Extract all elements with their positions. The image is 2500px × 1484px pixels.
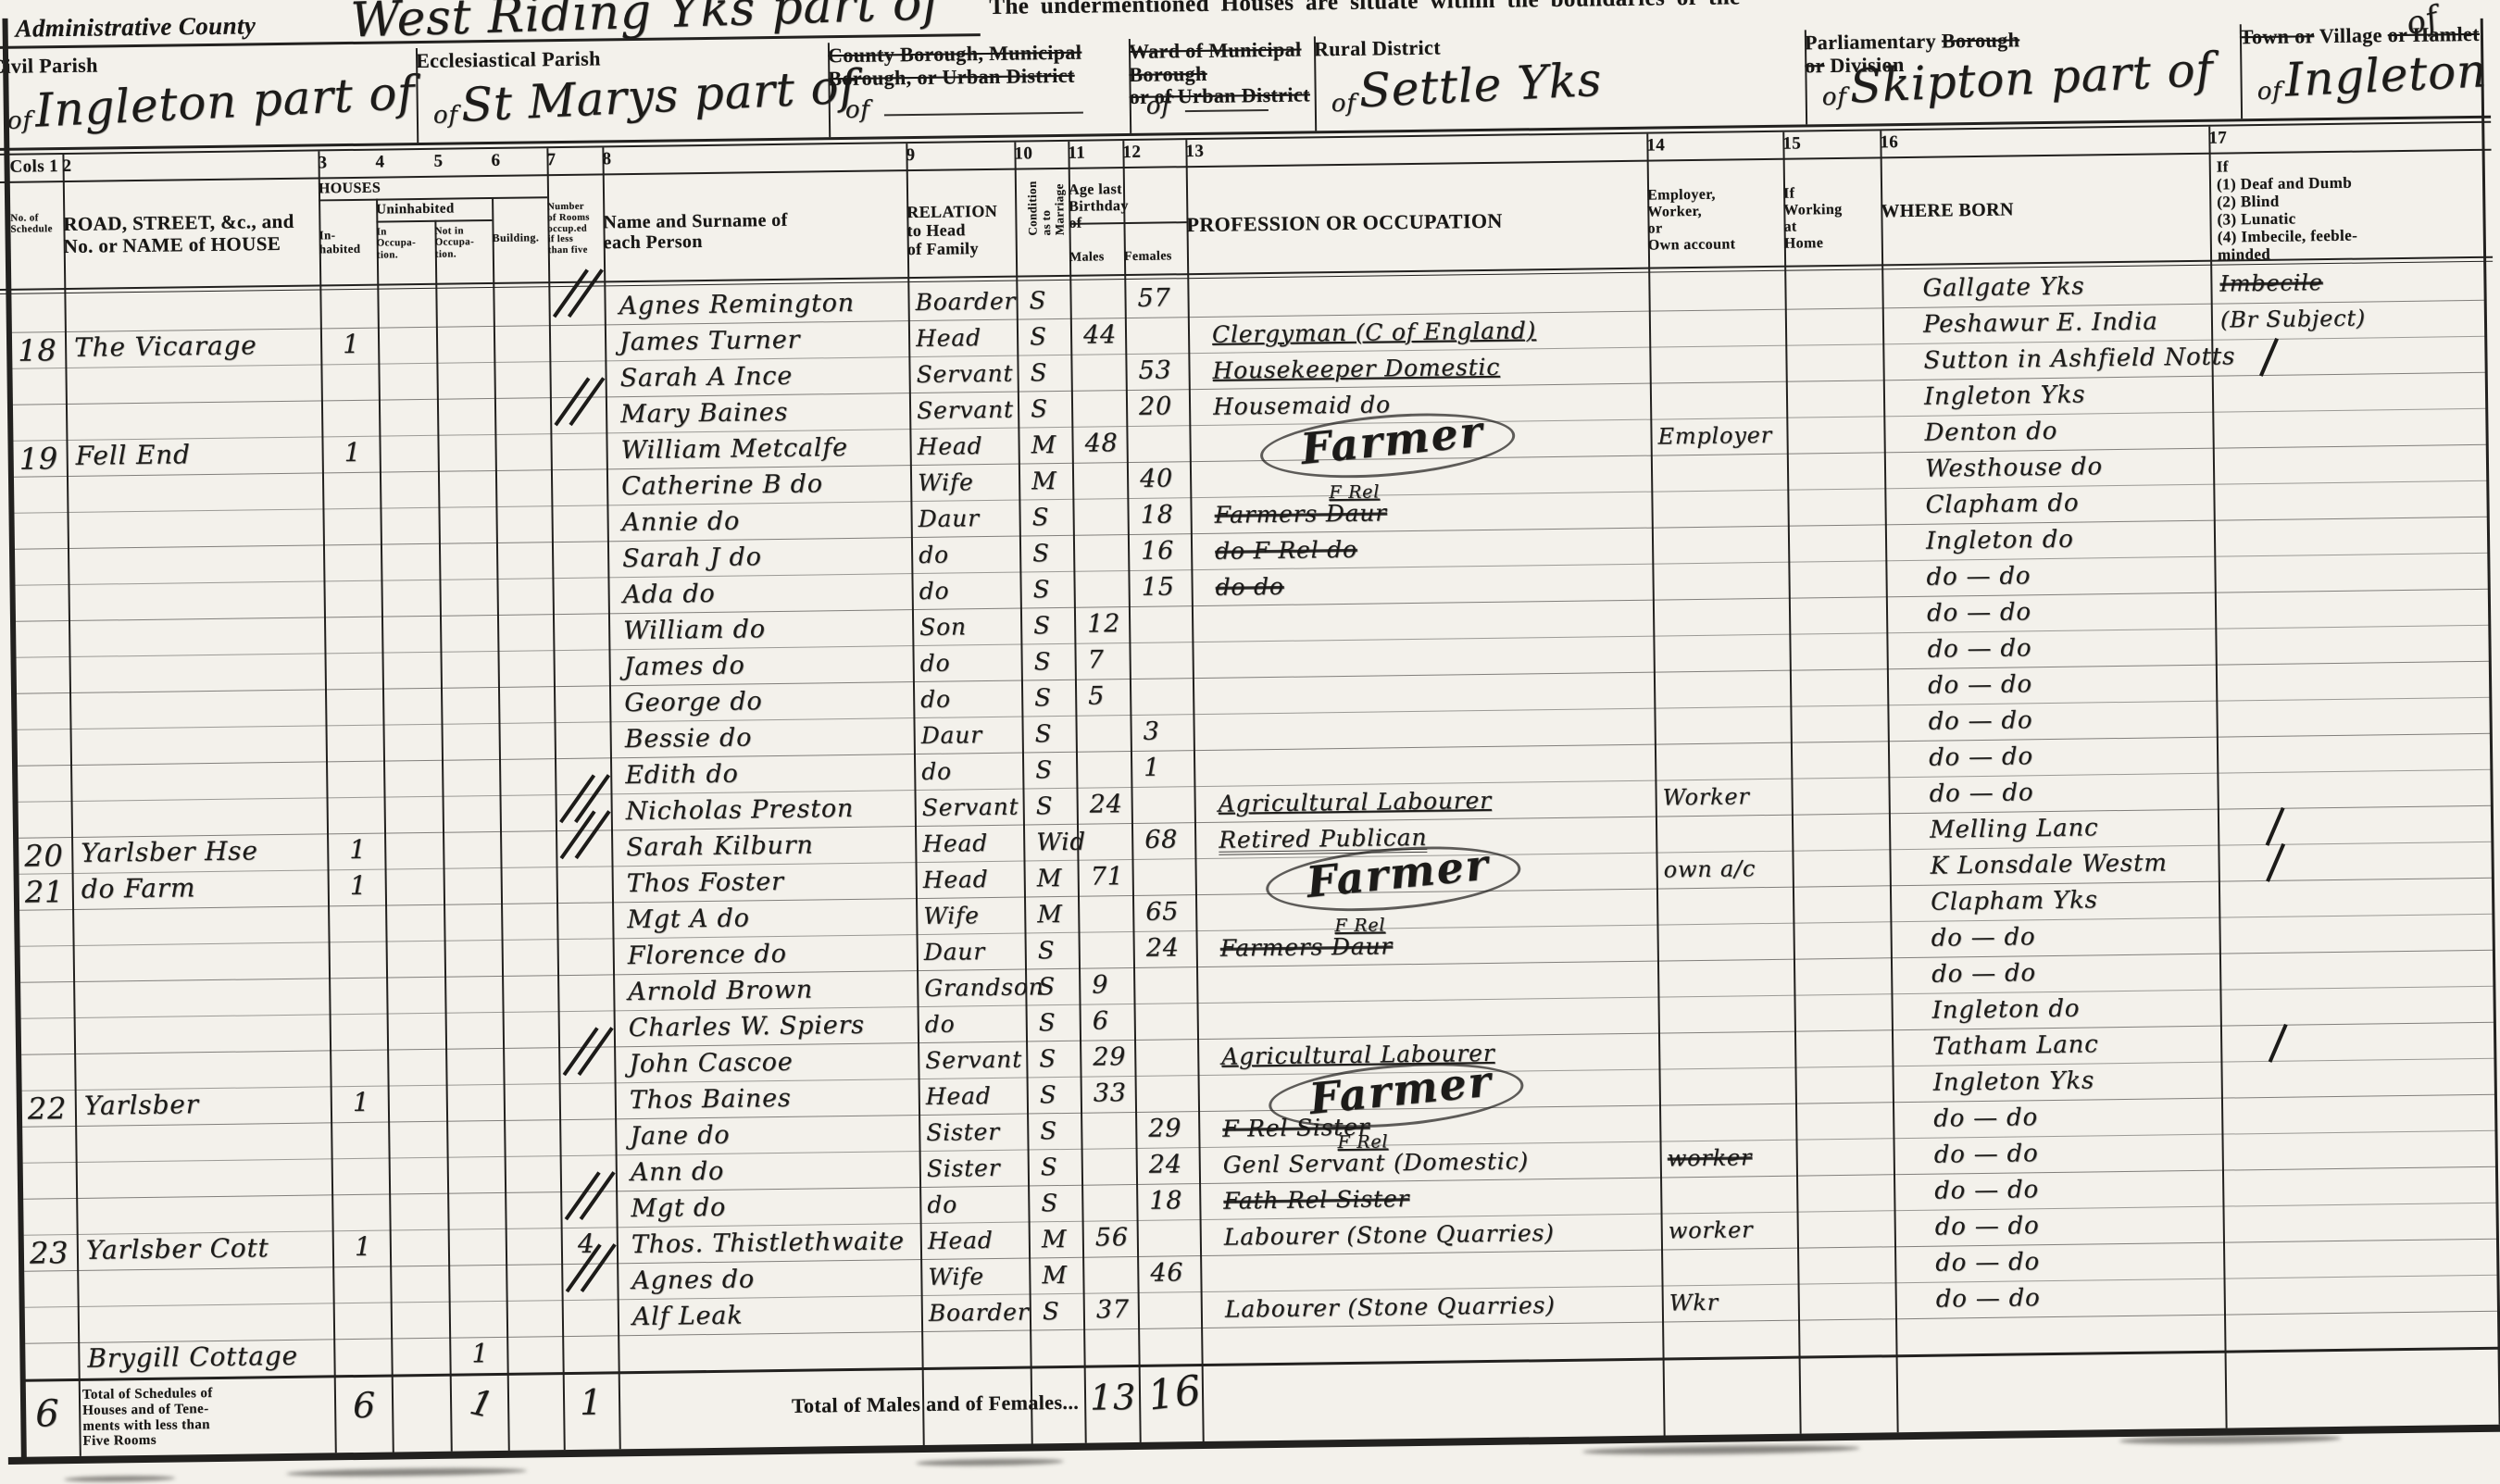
scan-smudge (1582, 1444, 1860, 1456)
row-14-relation: do (921, 760, 952, 783)
row-5-employer: Employer (1657, 424, 1772, 448)
row-27-inhabited: 1 (355, 1234, 372, 1260)
row-28-household-mark (574, 1239, 616, 1299)
col-number-5: 5 (433, 151, 491, 171)
field-label-part: Town or (2240, 24, 2315, 48)
row-5-relation: Head (917, 434, 982, 458)
field-blank-county-borough (884, 86, 1083, 117)
row-7-relation: Daur (918, 506, 980, 530)
row-13-relation: Daur (921, 723, 983, 747)
row-14-condition: S (1035, 758, 1053, 782)
grid-rule-vertical (1880, 131, 1898, 1432)
row-19-where-born: do — do (1931, 925, 2035, 950)
row-4-name: Mary Baines (620, 400, 788, 427)
scan-smudge (286, 1467, 527, 1478)
col-header-houses-group: HOUSES (319, 178, 547, 197)
col-header-condition: Condition as to Marriage (1026, 181, 1067, 236)
col-number-11: 11 (1068, 143, 1122, 163)
row-22-clerk-tick (2269, 1024, 2288, 1063)
row-20-name: Arnold Brown (628, 978, 813, 1005)
row-19-condition: S (1038, 939, 1056, 963)
row-26-name: Mgt do (631, 1195, 726, 1221)
row-11-relation: do (920, 652, 951, 675)
field-value-civil-parish: Ingleton part of (34, 69, 417, 134)
field-label-part: Civil Parish (0, 54, 98, 79)
total-males: 13 (1090, 1379, 1136, 1415)
row-27-condition: M (1042, 1228, 1068, 1252)
col-header-schedule: No. of Schedule (10, 212, 63, 235)
row-28-name: Agnes do (631, 1266, 755, 1293)
row-20-age-male: 9 (1092, 972, 1108, 997)
row-18-where-born: Clapham Yks (1931, 888, 2098, 914)
row-23-schedule: 22 (28, 1093, 68, 1124)
row-27-relation: Head (928, 1228, 994, 1253)
row-28-condition: M (1042, 1264, 1068, 1288)
field-value-ecclesiastical-parish: St Marys part of (460, 63, 858, 128)
field-of-civil-parish: of (7, 108, 32, 132)
row-2-where-born: Peshawur E. India (1923, 309, 2158, 336)
row-27-schedule: 23 (30, 1238, 69, 1268)
row-4-occupation: Housemaid do (1213, 393, 1391, 418)
grid-rule-horizontal (8, 1425, 2500, 1465)
row-23-name: Thos Baines (630, 1086, 792, 1113)
grid-rule-horizontal (319, 196, 547, 201)
field-label-part: Rural District (1314, 36, 1441, 61)
row-17-schedule: 21 (25, 877, 65, 907)
row-9-age-female: 15 (1141, 574, 1174, 599)
row-29-age-male: 37 (1096, 1297, 1130, 1322)
row-21-where-born: Ingleton do (1932, 997, 2081, 1023)
grid-rule-vertical (546, 148, 565, 1450)
row-24-where-born: do — do (1933, 1105, 2038, 1130)
row-12-age-male: 5 (1088, 683, 1105, 708)
row-10-relation: Son (919, 615, 967, 639)
row-8-occupation: do F Rel do (1215, 538, 1357, 563)
row-13-where-born: do — do (1928, 708, 2032, 733)
row-19-name: Florence do (628, 942, 787, 968)
row-10-name: William do (623, 617, 766, 643)
row-22-age-male: 29 (1093, 1044, 1126, 1069)
row-3-clerk-tick (2259, 338, 2279, 377)
col-number-2: 2 (62, 153, 318, 176)
row-19-occupation-note: F Rel (1334, 917, 1385, 935)
col-number-7: 7 (546, 149, 602, 169)
row-7-age-female: 18 (1140, 502, 1173, 527)
row-17-name: Thos Foster (627, 869, 784, 896)
col-header-infirmity: If (1) Deaf and Dumb (2) Blind (3) Lunat… (2217, 155, 2483, 264)
row-28-age-female: 46 (1150, 1260, 1183, 1285)
row-4-condition: S (1031, 397, 1048, 421)
row-9-condition: S (1032, 578, 1050, 602)
col-number-10: 10 (1014, 143, 1068, 164)
row-16-house: Yarlsber Hse (81, 838, 258, 867)
row-30-not-in-occupation: 1 (471, 1341, 489, 1366)
row-16-where-born: Melling Lanc (1930, 816, 2099, 842)
col-header-name: Name and Surname of each Person (603, 208, 907, 254)
field-label-part: Borough (1942, 28, 2020, 52)
row-22-household-mark (571, 1022, 613, 1082)
row-11-where-born: do — do (1927, 636, 2031, 661)
col-header-in-occupation: In Occupa- tion. (376, 226, 434, 261)
row-7-occupation-note: F Rel (1329, 483, 1380, 502)
row-5-name: William Metcalfe (620, 435, 848, 463)
row-13-name: Bessie do (625, 725, 753, 752)
col-header-building: Building. (493, 231, 548, 244)
row-5-condition: M (1031, 433, 1056, 457)
row-20-condition: S (1038, 975, 1056, 999)
row-16-relation: Head (922, 831, 988, 855)
grid-rule-vertical (492, 197, 510, 1451)
row-13-condition: S (1035, 722, 1053, 746)
row-1-relation: Boarder (915, 290, 1016, 314)
row-7-name: Annie do (621, 509, 740, 536)
grid-rule-horizontal (24, 1347, 2500, 1382)
field-label-part: Ward of Municipal Borough (1129, 38, 1302, 86)
total-rooms: 1 (580, 1385, 603, 1420)
row-3-occupation: Housekeeper Domestic (1212, 355, 1500, 382)
row-2-age-male: 44 (1083, 322, 1117, 347)
row-17-relation: Head (923, 867, 989, 892)
row-7-occupation: Farmers Daur (1214, 501, 1387, 526)
row-16-name: Sarah Kilburn (626, 833, 814, 861)
col-header-age-group: Age last Birthday of (1069, 181, 1187, 231)
row-23-relation: Head (926, 1084, 992, 1108)
row-17-house: do Farm (81, 875, 196, 903)
row-17-employer: own a/c (1664, 857, 1756, 880)
row-2-house: The Vicarage (74, 332, 257, 361)
row-14-name: Edith do (625, 762, 739, 789)
row-25-condition: S (1041, 1155, 1058, 1179)
field-of-rural-district: of (1331, 92, 1356, 116)
total-males-females-label: Total of Males and of Females... (619, 1391, 1079, 1420)
sheet-title: The undermentioned Houses are situate wi… (989, 0, 2007, 20)
census-scan-page: Administrative County West Riding Yks pa… (0, 0, 2500, 1484)
field-value-rural-district: Settle Yks (1358, 56, 1604, 115)
row-1-infirmity: Imbecile (2219, 271, 2323, 294)
col-number-17: 17 (2208, 125, 2483, 148)
row-2-name: James Turner (619, 328, 800, 355)
col-number-3: 3 (318, 153, 375, 173)
col-header-at-home: If Working at Home (1783, 184, 1881, 252)
row-27-age-male: 56 (1095, 1225, 1129, 1250)
row-11-condition: S (1034, 650, 1052, 674)
total-inhabited: 6 (353, 1388, 376, 1423)
field-blank-ward (1185, 83, 1269, 112)
row-26-household-mark (573, 1166, 615, 1227)
row-22-condition: S (1039, 1047, 1056, 1071)
row-17-clerk-tick (2266, 843, 2285, 882)
field-of-parliamentary-division: of (1822, 85, 1847, 109)
row-15-occupation: Agricultural Labourer (1219, 789, 1493, 816)
row-18-relation: Wife (923, 904, 980, 928)
col-header-where-born: WHERE BORN (1881, 197, 2209, 222)
col-header-relation: RELATION to Head of Family (906, 202, 1016, 259)
row-26-condition: S (1041, 1191, 1058, 1216)
row-10-age-male: 12 (1087, 611, 1120, 636)
row-9-name: Ada do (623, 581, 716, 607)
grid-rule-vertical (1782, 132, 1801, 1434)
row-21-age-male: 6 (1093, 1008, 1109, 1033)
row-20-relation: Grandson (924, 975, 1044, 1000)
row-22-name: John Cascoe (629, 1050, 794, 1077)
col-number-14: 14 (1646, 134, 1782, 156)
row-18-condition: M (1037, 903, 1063, 927)
row-13-age-female: 3 (1143, 719, 1159, 744)
row-15-where-born: do — do (1929, 780, 2033, 805)
row-4-where-born: Ingleton Yks (1924, 382, 2086, 408)
row-29-occupation: Labourer (Stone Quarries) (1225, 1293, 1556, 1321)
scan-smudge (916, 1458, 1064, 1466)
row-2-occupation: Clergyman (C of England) (1212, 318, 1536, 346)
grid-rule-vertical (376, 199, 394, 1453)
row-rule (19, 878, 2494, 911)
row-21-condition: S (1039, 1011, 1056, 1035)
row-20-where-born: do — do (1931, 961, 2036, 986)
row-16-age-female: 68 (1144, 827, 1178, 852)
field-label-part: Village (2314, 23, 2388, 47)
row-8-name: Sarah J do (622, 544, 762, 571)
row-27-employer: worker (1669, 1218, 1754, 1241)
row-29-where-born: do — do (1936, 1286, 2041, 1311)
row-28-relation: Wife (928, 1265, 984, 1289)
col-header-males: Males (1069, 250, 1124, 265)
row-4-household-mark (563, 372, 605, 432)
row-17-age-male: 71 (1091, 864, 1124, 889)
row-27-house: Yarlsber Cott (86, 1235, 269, 1264)
col-header-not-in-occupation: Not in Occupa- tion. (434, 225, 492, 260)
row-5-age-male: 48 (1084, 430, 1118, 455)
row-29-employer: Wkr (1669, 1291, 1719, 1315)
row-3-condition: S (1030, 361, 1047, 385)
row-1-name: Agnes Remington (619, 291, 855, 318)
row-29-relation: Boarder (929, 1300, 1030, 1324)
row-16-schedule: 20 (24, 841, 64, 871)
row-rule (21, 986, 2495, 1019)
col-header-profession: PROFESSION OR OCCUPATION (1186, 208, 1647, 237)
row-16-household-mark (569, 805, 610, 866)
row-2-schedule: 18 (18, 335, 57, 366)
row-16-inhabited: 1 (349, 837, 367, 863)
row-2-condition: S (1030, 325, 1047, 349)
row-6-where-born: Westhouse do (1925, 455, 2103, 481)
scan-smudge (64, 1476, 175, 1483)
row-15-relation: Servant (922, 795, 1019, 819)
row-6-condition: M (1031, 469, 1057, 493)
row-5-where-born: Denton do (1924, 419, 2057, 445)
row-9-occupation: do do (1215, 575, 1283, 599)
row-7-where-born: Clapham do (1925, 492, 2079, 518)
col-header-rooms: Number of Rooms occup.ed if less than fi… (547, 201, 604, 256)
total-not-in-occupation: 1 (467, 1384, 497, 1424)
row-17-where-born: K Lonsdale Westm (1930, 851, 2167, 878)
grid-rule-vertical (318, 151, 336, 1453)
row-18-age-female: 65 (1145, 899, 1179, 924)
field-of-county-borough: of (845, 98, 870, 122)
row-19-occupation: Farmers Daur (1220, 934, 1394, 959)
row-1-condition: S (1029, 289, 1046, 313)
field-super-of-town-village-hamlet: of (2403, 2, 2442, 41)
col-number-16: 16 (1880, 129, 2208, 153)
field-label-county-borough: County Borough, MunicipalBorough, or Urb… (828, 41, 1130, 90)
field-of-ecclesiastical-parish: of (433, 103, 458, 127)
row-29-condition: S (1043, 1300, 1060, 1324)
row-9-relation: do (919, 580, 949, 603)
row-8-condition: S (1032, 542, 1050, 566)
row-8-where-born: Ingleton do (1926, 528, 2074, 554)
row-23-condition: S (1040, 1083, 1057, 1107)
field-label-part: Parliamentary (1805, 29, 1942, 54)
row-1-age-female: 57 (1137, 285, 1170, 310)
field-label-part: Ecclesiastical Parish (416, 46, 601, 72)
row-rule (18, 697, 2492, 730)
row-23-where-born: Ingleton Yks (1933, 1068, 2095, 1094)
row-6-age-female: 40 (1140, 466, 1173, 491)
row-3-relation: Servant (916, 362, 1013, 386)
row-26-relation: do (927, 1193, 957, 1216)
col-number-13: 13 (1185, 136, 1646, 162)
row-12-condition: S (1034, 686, 1052, 710)
row-rule (17, 661, 2491, 694)
row-1-household-mark (561, 264, 603, 324)
field-label-part: or (1805, 54, 1824, 77)
row-11-age-male: 7 (1087, 647, 1104, 672)
row-22-where-born: Tatham Lanc (1932, 1032, 2099, 1058)
col-number-1: Cols 1 (9, 156, 62, 177)
row-25-age-female: 24 (1149, 1152, 1182, 1177)
row-24-relation: Sister (926, 1120, 1000, 1144)
col-number-9: 9 (906, 144, 1014, 166)
row-21-relation: do (925, 1013, 956, 1036)
row-1-where-born: Gallgate Yks (1922, 274, 2084, 300)
row-3-where-born: Sutton in Ashfield Notts (1923, 344, 2235, 372)
field-of-town-village-hamlet: of (2257, 80, 2282, 104)
row-17-condition: M (1037, 867, 1063, 891)
total-houses-label: Total of Schedules of Houses and of Tene… (82, 1384, 339, 1450)
row-14-age-female: 1 (1144, 755, 1160, 780)
admin-county-label: Administrative County (15, 11, 256, 43)
row-12-name: George do (624, 689, 763, 716)
total-schedules: 6 (35, 1395, 60, 1432)
total-females: 16 (1146, 1370, 1204, 1416)
col-number-15: 15 (1782, 132, 1880, 154)
row-rule (17, 625, 2491, 658)
field-of-ward: of (1146, 94, 1171, 118)
row-28-where-born: do — do (1935, 1250, 2040, 1275)
row-25-occupation-note: F Rel (1337, 1133, 1388, 1152)
row-7-condition: S (1031, 505, 1049, 530)
row-5-house: Fell End (75, 442, 190, 469)
row-17-inhabited: 1 (350, 873, 368, 899)
row-15-name: Nicholas Preston (626, 796, 855, 824)
row-15-condition: S (1036, 794, 1054, 818)
row-26-age-female: 18 (1149, 1188, 1182, 1213)
row-27-where-born: do — do (1935, 1214, 2040, 1239)
row-5-schedule: 19 (19, 443, 59, 474)
row-30-house: Brygill Cottage (87, 1343, 298, 1372)
row-25-employer: worker (1668, 1146, 1753, 1169)
row-10-where-born: do — do (1927, 600, 2031, 625)
row-23-inhabited: 1 (353, 1090, 370, 1116)
field-value-town-village-hamlet: Ingleton part (2283, 42, 2500, 103)
row-14-where-born: do — do (1929, 744, 2033, 769)
row-25-occupation: Genl Servant (Domestic) (1223, 1149, 1529, 1176)
right-border (2481, 19, 2500, 1425)
row-21-name: Charles W. Spiers (629, 1013, 865, 1041)
row-16-condition: Wid (1036, 830, 1086, 855)
row-2-inhabited: 1 (343, 331, 360, 357)
row-rule (18, 733, 2492, 767)
row-8-relation: do (919, 543, 949, 567)
col-header-road: ROAD, STREET, &c., and No. or NAME of HO… (63, 210, 319, 257)
row-12-relation: do (920, 688, 951, 711)
col-number-6: 6 (491, 150, 546, 170)
row-25-where-born: do — do (1934, 1141, 2039, 1166)
row-6-name: Catherine B do (621, 471, 823, 499)
col-number-8: 8 (602, 145, 906, 169)
row-8-age-female: 16 (1141, 538, 1174, 563)
row-19-relation: Daur (924, 940, 986, 964)
row-22-relation: Servant (925, 1048, 1022, 1072)
col-header-inhabited: In- habited (319, 229, 376, 256)
col-header-employer: Employer, Worker, or Own account (1647, 186, 1784, 255)
row-4-relation: Servant (917, 398, 1014, 422)
row-16-clerk-tick (2266, 807, 2285, 846)
row-2-infirmity: (Br Subject) (2220, 307, 2366, 331)
grid-rule-horizontal (0, 261, 2493, 294)
row-18-name: Mgt A do (627, 905, 750, 932)
col-number-4: 4 (375, 152, 433, 172)
row-4-age-female: 20 (1139, 393, 1172, 418)
row-15-employer: Worker (1662, 785, 1749, 808)
row-23-age-male: 33 (1094, 1080, 1127, 1105)
row-10-condition: S (1033, 614, 1051, 638)
row-6-relation: Wife (918, 470, 974, 494)
row-24-name: Jane do (630, 1123, 730, 1149)
row-25-name: Ann do (631, 1159, 725, 1185)
row-11-name: James do (624, 653, 745, 680)
row-24-condition: S (1040, 1119, 1057, 1143)
row-27-name: Thos. Thistlethwaite (631, 1228, 905, 1257)
row-24-age-female: 29 (1148, 1116, 1181, 1141)
census-sheet: Administrative County West Riding Yks pa… (0, 0, 2500, 1484)
row-15-age-male: 24 (1090, 792, 1123, 817)
row-2-relation: Head (916, 326, 981, 350)
row-26-occupation: Fath Rel Sister (1223, 1187, 1409, 1213)
row-12-where-born: do — do (1928, 672, 2032, 697)
grid-rule-vertical (1185, 140, 1204, 1441)
col-header-females: Females (1124, 249, 1187, 265)
row-3-age-female: 53 (1138, 357, 1171, 382)
row-5-inhabited: 1 (344, 440, 361, 466)
row-19-age-female: 24 (1146, 935, 1180, 960)
row-rule (14, 444, 2488, 478)
row-25-relation: Sister (927, 1156, 1001, 1180)
row-3-name: Sarah A Ince (619, 364, 793, 391)
grid-rule-horizontal (0, 256, 2493, 291)
row-26-where-born: do — do (1934, 1178, 2039, 1203)
row-29-name: Alf Leak (632, 1303, 744, 1330)
row-9-where-born: do — do (1926, 564, 2031, 589)
row-27-occupation: Labourer (Stone Quarries) (1224, 1221, 1555, 1249)
col-number-12: 12 (1122, 142, 1185, 162)
col-header-uninhabited-group: Uninhabited (376, 201, 492, 218)
row-23-house: Yarlsber (84, 1091, 199, 1119)
grid-rule-vertical (434, 220, 452, 1452)
